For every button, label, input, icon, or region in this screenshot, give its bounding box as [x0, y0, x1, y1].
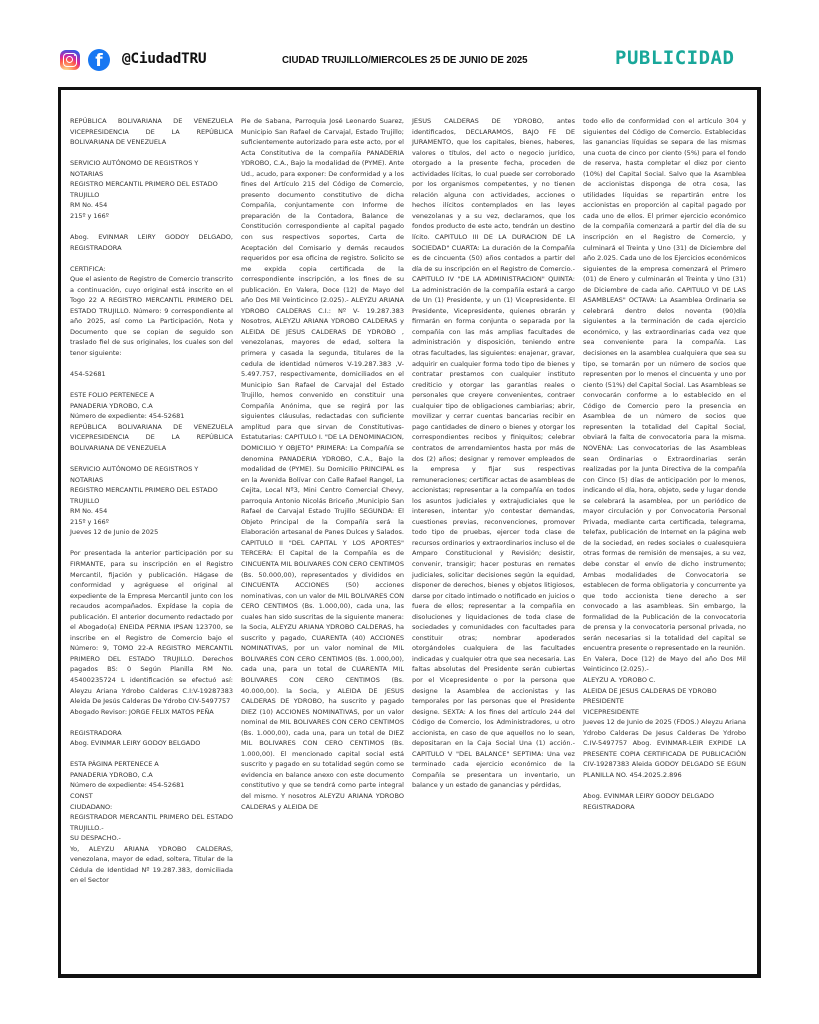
notice-paragraph: CERTIFICA: Que el asiento de Registro de…: [70, 264, 233, 359]
notice-column-1: REPÚBLICA BOLIVARIANA DE VENEZUELA VICEP…: [70, 116, 233, 886]
facebook-icon[interactable]: f: [88, 49, 110, 71]
notice-paragraph: ESTE FOLIO PERTENECE A PANADERIA YDROBO,…: [70, 390, 233, 453]
legal-notice-box: REPÚBLICA BOLIVARIANA DE VENEZUELA VICEP…: [58, 87, 761, 978]
notice-paragraph: Por presentada la anterior participación…: [70, 548, 233, 717]
notice-column-2: Pie de Sabana, Parroquia José Leonardo S…: [241, 116, 404, 886]
page-header: f @CiudadTRU CIUDAD TRUJILLO/MIERCOLES 2…: [58, 44, 760, 76]
notice-paragraph: Abog. EVINMAR LEIRY GODOY DELGADO, REGIS…: [70, 232, 233, 253]
notice-paragraph: REGISTRADORA Abog. EVINMAR LEIRY GODOY B…: [70, 728, 233, 749]
notice-column-4: todo ello de conformidad con el artículo…: [583, 116, 746, 886]
instagram-icon[interactable]: [60, 50, 80, 70]
notice-paragraph: ESTA PÁGINA PERTENECE A PANADERIA YDROBO…: [70, 759, 233, 886]
notice-paragraph: REPÚBLICA BOLIVARIANA DE VENEZUELA VICEP…: [70, 116, 233, 148]
notice-paragraph: Pie de Sabana, Parroquia José Leonardo S…: [241, 116, 404, 812]
notice-paragraph: SERVICIO AUTÓNOMO DE REGISTROS Y NOTARIA…: [70, 464, 233, 538]
section-title: PUBLICIDAD: [615, 47, 734, 69]
notice-paragraph: SERVICIO AUTÓNOMO DE REGISTROS Y NOTARIA…: [70, 158, 233, 221]
notice-paragraph: todo ello de conformidad con el artículo…: [583, 116, 746, 780]
notice-columns: REPÚBLICA BOLIVARIANA DE VENEZUELA VICEP…: [70, 116, 747, 886]
dateline: CIUDAD TRUJILLO/MIERCOLES 25 DE JUNIO DE…: [282, 54, 527, 66]
notice-paragraph: 454-52681: [70, 369, 233, 380]
notice-paragraph: Abog. EVINMAR LEIRY GODOY DELGADO REGIST…: [583, 791, 746, 812]
notice-column-3: JESUS CALDERAS DE YDROBO, antes identifi…: [412, 116, 575, 886]
notice-paragraph: JESUS CALDERAS DE YDROBO, antes identifi…: [412, 116, 575, 791]
social-handle[interactable]: @CiudadTRU: [122, 51, 206, 67]
